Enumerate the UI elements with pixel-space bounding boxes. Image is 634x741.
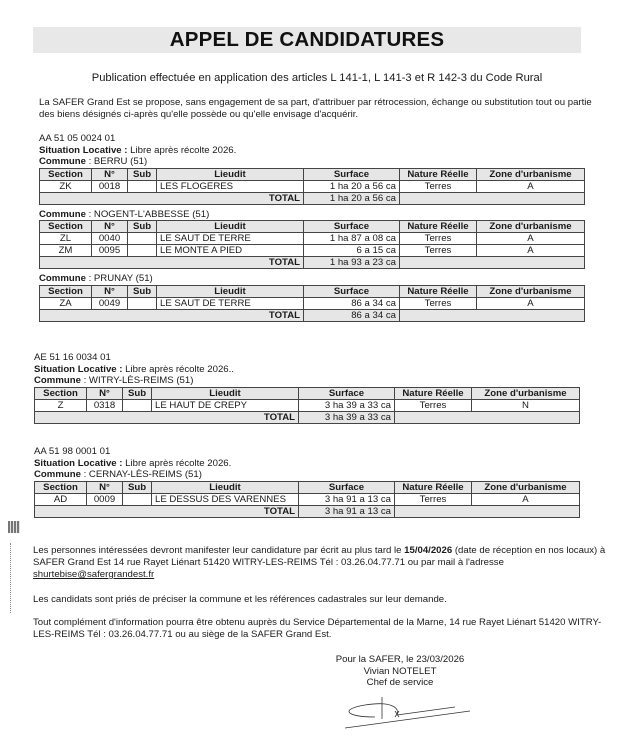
- column-header: Zone d'urbanisme: [477, 285, 585, 297]
- table-header-row: SectionN°SubLieuditSurfaceNature RéelleZ…: [35, 387, 580, 399]
- cell-sub: [123, 493, 152, 505]
- situation-value: Libre après récolte 2026.: [130, 145, 236, 156]
- column-header: Nature Réelle: [400, 168, 477, 180]
- cell-zone: A: [472, 493, 580, 505]
- table-row: ZL 0040 LE SAUT DE TERRE 1 ha 87 a 08 ca…: [40, 233, 585, 245]
- commune-line: Commune : WITRY-LÈS-REIMS (51): [34, 375, 580, 387]
- cell-surface: 3 ha 91 a 13 ca: [299, 493, 395, 505]
- cell-surface: 86 a 34 ca: [304, 297, 400, 309]
- column-header: Surface: [299, 387, 395, 399]
- cell-surface: 3 ha 39 a 33 ca: [299, 399, 395, 411]
- column-header: Lieudit: [157, 168, 304, 180]
- table-row: Z 0318 LE HAUT DE CREPY 3 ha 39 a 33 ca …: [35, 399, 580, 411]
- cell-sub: [128, 245, 157, 257]
- signatory-name: Vivian NOTELET: [300, 666, 500, 678]
- cell-zone: A: [477, 180, 585, 192]
- table-header-row: SectionN°SubLieuditSurfaceNature RéelleZ…: [40, 221, 585, 233]
- email-link[interactable]: shurtebise@safergrandest.fr: [33, 569, 154, 580]
- column-header: Surface: [299, 481, 395, 493]
- cell-lieudit: LE DESSUS DES VARENNES: [152, 493, 299, 505]
- situation-label: Situation Locative: [34, 458, 117, 469]
- total-label: TOTAL: [35, 505, 299, 517]
- cell-section: Z: [35, 399, 87, 411]
- situation-label: Situation Locative: [39, 145, 122, 156]
- complement-paragraph: Tout complément d'information pourra êtr…: [33, 617, 613, 641]
- table-header-row: SectionN°SubLieuditSurfaceNature RéelleZ…: [40, 168, 585, 180]
- page-title: APPEL DE CANDIDATURES: [33, 27, 581, 53]
- column-header: Sub: [123, 387, 152, 399]
- lot-reference: AA 51 05 0024 01: [39, 133, 585, 145]
- commune-name: CERNAY-LÈS-REIMS (51): [89, 469, 202, 480]
- parcel-table: SectionN°SubLieuditSurfaceNature RéelleZ…: [34, 481, 580, 518]
- commune-label: Commune: [34, 375, 81, 386]
- cell-numero: 0318: [87, 399, 123, 411]
- cell-lieudit: LE MONTE A PIED: [157, 245, 304, 257]
- column-header: N°: [87, 387, 123, 399]
- column-header: Zone d'urbanisme: [472, 481, 580, 493]
- lot-block: AA 51 05 0024 01Situation Locative : Lib…: [39, 133, 585, 322]
- total-row: TOTAL 1 ha 20 a 56 ca: [40, 192, 585, 204]
- cell-nature: Terres: [400, 297, 477, 309]
- cell-section: ZK: [40, 180, 92, 192]
- cell-sub: [128, 180, 157, 192]
- column-header: Zone d'urbanisme: [477, 168, 585, 180]
- parcel-table: SectionN°SubLieuditSurfaceNature RéelleZ…: [39, 168, 585, 205]
- candidature-text: Les personnes intéressées devront manife…: [33, 545, 404, 556]
- total-empty: [395, 411, 580, 423]
- column-header: N°: [92, 221, 128, 233]
- cell-zone: A: [477, 245, 585, 257]
- lot-reference: AA 51 98 0001 01: [34, 446, 580, 458]
- total-surface: 86 a 34 ca: [304, 309, 400, 321]
- total-row: TOTAL 3 ha 39 a 33 ca: [35, 411, 580, 423]
- cell-surface: 1 ha 20 a 56 ca: [304, 180, 400, 192]
- column-header: Nature Réelle: [400, 221, 477, 233]
- column-header: Section: [40, 221, 92, 233]
- cell-numero: 0049: [92, 297, 128, 309]
- total-empty: [400, 192, 585, 204]
- total-row: TOTAL 3 ha 91 a 13 ca: [35, 505, 580, 517]
- commune-label: Commune: [39, 209, 86, 220]
- parcel-table: SectionN°SubLieuditSurfaceNature RéelleZ…: [34, 387, 580, 424]
- total-empty: [400, 309, 585, 321]
- commune-name: BERRU (51): [94, 156, 147, 167]
- column-header: Zone d'urbanisme: [477, 221, 585, 233]
- cell-numero: 0095: [92, 245, 128, 257]
- total-surface: 1 ha 20 a 56 ca: [304, 192, 400, 204]
- column-header: Section: [35, 387, 87, 399]
- cell-numero: 0018: [92, 180, 128, 192]
- total-empty: [395, 505, 580, 517]
- cell-zone: A: [477, 297, 585, 309]
- column-header: Lieudit: [157, 285, 304, 297]
- column-header: Zone d'urbanisme: [472, 387, 580, 399]
- situation-locative: Situation Locative : Libre après récolte…: [34, 364, 580, 376]
- cell-sub: [128, 233, 157, 245]
- commune-name: WITRY-LÈS-REIMS (51): [89, 375, 194, 386]
- total-label: TOTAL: [40, 257, 304, 269]
- table-row: ZA 0049 LE SAUT DE TERRE 86 a 34 ca Terr…: [40, 297, 585, 309]
- situation-locative: Situation Locative : Libre après récolte…: [34, 458, 580, 470]
- cell-nature: Terres: [400, 233, 477, 245]
- commune-line: Commune : BERRU (51): [39, 156, 585, 168]
- table-row: ZK 0018 LES FLOGERES 1 ha 20 a 56 ca Ter…: [40, 180, 585, 192]
- cell-sub: [123, 399, 152, 411]
- signatory-role: Chef de service: [300, 677, 500, 689]
- commune-label: Commune: [39, 156, 86, 167]
- margin-dotted-line: [10, 543, 11, 613]
- situation-value: Libre après récolte 2026.: [125, 458, 231, 469]
- parcel-table: SectionN°SubLieuditSurfaceNature RéelleZ…: [39, 220, 585, 269]
- publication-notice: Publication effectuée en application des…: [0, 72, 634, 84]
- cell-numero: 0040: [92, 233, 128, 245]
- column-header: Surface: [304, 168, 400, 180]
- commune-name: PRUNAY (51): [94, 273, 153, 284]
- cell-zone: A: [477, 233, 585, 245]
- column-header: Sub: [128, 168, 157, 180]
- cell-nature: Terres: [395, 399, 472, 411]
- commune-name: NOGENT-L'ABBESSE (51): [94, 209, 209, 220]
- candidature-paragraph: Les personnes intéressées devront manife…: [33, 545, 613, 581]
- cell-surface: 1 ha 87 a 08 ca: [304, 233, 400, 245]
- column-header: Nature Réelle: [400, 285, 477, 297]
- column-header: Section: [35, 481, 87, 493]
- commune-label: Commune: [34, 469, 81, 480]
- parcel-table: SectionN°SubLieuditSurfaceNature RéelleZ…: [39, 285, 585, 322]
- column-header: Sub: [128, 285, 157, 297]
- column-header: N°: [87, 481, 123, 493]
- total-surface: 3 ha 91 a 13 ca: [299, 505, 395, 517]
- total-label: TOTAL: [35, 411, 299, 423]
- cell-lieudit: LE HAUT DE CREPY: [152, 399, 299, 411]
- cell-nature: Terres: [400, 245, 477, 257]
- total-row: TOTAL 1 ha 93 a 23 ca: [40, 257, 585, 269]
- cell-lieudit: LE SAUT DE TERRE: [157, 297, 304, 309]
- table-row: AD 0009 LE DESSUS DES VARENNES 3 ha 91 a…: [35, 493, 580, 505]
- cell-nature: Terres: [395, 493, 472, 505]
- lot-block: AE 51 16 0034 01Situation Locative : Lib…: [34, 352, 580, 424]
- total-surface: 3 ha 39 a 33 ca: [299, 411, 395, 423]
- total-row: TOTAL 86 a 34 ca: [40, 309, 585, 321]
- signature-date-line: Pour la SAFER, le 23/03/2026: [300, 654, 500, 666]
- column-header: Nature Réelle: [395, 387, 472, 399]
- column-header: Nature Réelle: [395, 481, 472, 493]
- situation-locative: Situation Locative : Libre après récolte…: [39, 145, 585, 157]
- column-header: Sub: [128, 221, 157, 233]
- commune-line: Commune : PRUNAY (51): [39, 273, 585, 285]
- cell-section: ZL: [40, 233, 92, 245]
- table-row: ZM 0095 LE MONTE A PIED 6 a 15 ca Terres…: [40, 245, 585, 257]
- column-header: Lieudit: [157, 221, 304, 233]
- cell-lieudit: LE SAUT DE TERRE: [157, 233, 304, 245]
- commune-label: Commune: [39, 273, 86, 284]
- lot-block: AA 51 98 0001 01Situation Locative : Lib…: [34, 446, 580, 518]
- column-header: Section: [40, 168, 92, 180]
- situation-label: Situation Locative: [34, 364, 117, 375]
- column-header: N°: [92, 285, 128, 297]
- lot-reference: AE 51 16 0034 01: [34, 352, 580, 364]
- qr-code-icon: [8, 521, 20, 533]
- handwritten-signature-icon: [335, 695, 475, 735]
- cell-surface: 6 a 15 ca: [304, 245, 400, 257]
- column-header: Lieudit: [152, 481, 299, 493]
- cell-section: ZM: [40, 245, 92, 257]
- column-header: Surface: [304, 285, 400, 297]
- cell-lieudit: LES FLOGERES: [157, 180, 304, 192]
- cell-numero: 0009: [87, 493, 123, 505]
- table-header-row: SectionN°SubLieuditSurfaceNature RéelleZ…: [40, 285, 585, 297]
- intro-paragraph: La SAFER Grand Est se propose, sans enga…: [39, 97, 599, 121]
- situation-value: Libre après récolte 2026..: [125, 364, 234, 375]
- cell-sub: [128, 297, 157, 309]
- column-header: N°: [92, 168, 128, 180]
- total-label: TOTAL: [40, 192, 304, 204]
- commune-line: Commune : NOGENT-L'ABBESSE (51): [39, 209, 585, 221]
- column-header: Surface: [304, 221, 400, 233]
- cell-section: ZA: [40, 297, 92, 309]
- total-empty: [400, 257, 585, 269]
- cell-nature: Terres: [400, 180, 477, 192]
- column-header: Section: [40, 285, 92, 297]
- cell-zone: N: [472, 399, 580, 411]
- column-header: Lieudit: [152, 387, 299, 399]
- column-header: Sub: [123, 481, 152, 493]
- table-header-row: SectionN°SubLieuditSurfaceNature RéelleZ…: [35, 481, 580, 493]
- commune-line: Commune : CERNAY-LÈS-REIMS (51): [34, 469, 580, 481]
- title-banner: APPEL DE CANDIDATURES: [33, 27, 581, 53]
- total-surface: 1 ha 93 a 23 ca: [304, 257, 400, 269]
- signature-block: Pour la SAFER, le 23/03/2026 Vivian NOTE…: [300, 654, 500, 689]
- precision-paragraph: Les candidats sont priés de préciser la …: [33, 594, 613, 606]
- total-label: TOTAL: [40, 309, 304, 321]
- deadline-date: 15/04/2026: [404, 545, 452, 556]
- cell-section: AD: [35, 493, 87, 505]
